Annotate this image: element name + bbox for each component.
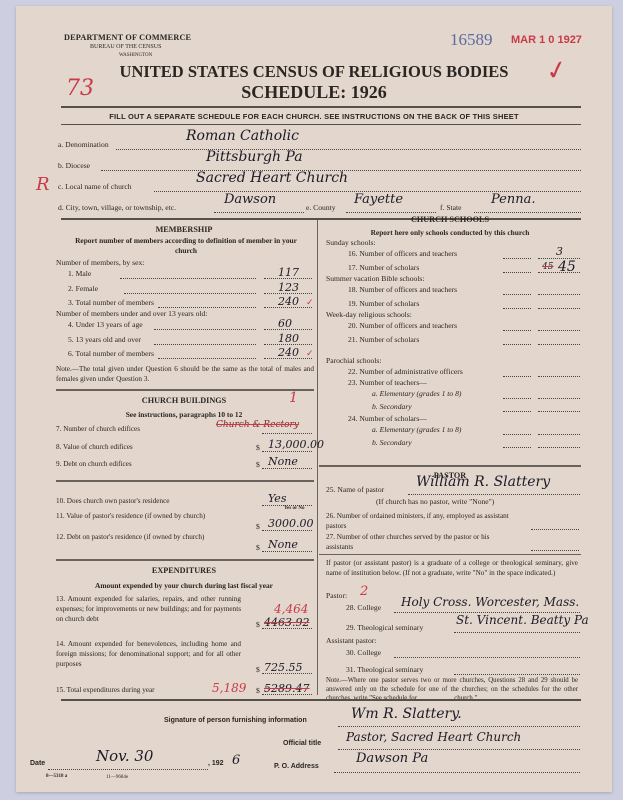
school-value-field[interactable]: 3 — [556, 245, 563, 258]
answer-line — [538, 344, 580, 345]
pastor-name-label: 25. Name of pastor — [326, 485, 384, 494]
answer-line — [538, 330, 580, 331]
pastor-subheading: Pastor: — [326, 591, 347, 600]
check-mark-icon: ✓ — [306, 348, 314, 359]
expenditure-item-label: 14. Amount expended for benevolences, in… — [56, 639, 241, 669]
membership-subtitle: Report number of members according to de… — [71, 236, 301, 256]
county-field[interactable]: Fayette — [354, 192, 403, 207]
form-title: UNITED STATES CENSUS OF RELIGIOUS BODIES — [16, 62, 612, 82]
divider — [61, 106, 581, 108]
city-field[interactable]: Dawson — [224, 192, 276, 207]
building-item-label: 9. Debt on church edifices — [56, 459, 246, 469]
membership-item-label: 5. 13 years old and over — [68, 335, 141, 344]
membership-value-field[interactable]: 240 — [278, 295, 299, 308]
expenditure-corrected-value[interactable]: 5,189 — [212, 681, 246, 695]
buildings-heading: CHURCH BUILDINGS — [56, 396, 312, 405]
leader-dots — [120, 278, 256, 279]
building-value-field[interactable]: None — [268, 538, 298, 551]
signature-label: Signature of person furnishing informati… — [164, 717, 307, 724]
expenditure-item-label: 15. Total expenditures during year — [56, 685, 196, 695]
bureau-city: WASHINGTON — [119, 53, 152, 58]
dollar-sign: $ — [256, 620, 260, 629]
expenditures-heading: EXPENDITURES — [56, 566, 312, 575]
diocese-label: b. Diocese — [58, 161, 90, 170]
by-sex-label: Number of members, by sex: — [56, 258, 144, 267]
pastor-mark: 2 — [360, 584, 368, 599]
state-label: f. State — [440, 203, 462, 212]
official-title-field[interactable]: Pastor, Sacred Heart Church — [346, 730, 521, 744]
answer-line — [538, 434, 580, 435]
year-field[interactable]: 6 — [232, 753, 240, 768]
q27-label: 27. Number of other churches served by t… — [326, 532, 516, 552]
pastor-name-hint: (If church has no pastor, write "None") — [376, 497, 494, 506]
asst-college-field[interactable] — [394, 657, 580, 658]
po-address-field[interactable]: Dawson Pa — [356, 751, 428, 766]
by-age-label: Number of members under and over 13 year… — [56, 309, 207, 318]
leader-dots — [158, 358, 256, 359]
answer-line — [262, 551, 312, 552]
school-item-label: 23. Number of teachers— — [348, 378, 427, 387]
received-stamp: MAR 1 0 1927 — [511, 34, 582, 46]
date-label: Date — [30, 760, 45, 767]
leader-dots — [158, 307, 256, 308]
divider — [61, 124, 581, 125]
official-title-label: Official title — [283, 740, 321, 747]
membership-value-field[interactable]: 180 — [278, 332, 299, 345]
leader-dots — [503, 398, 531, 399]
school-item-label: 17. Number of scholars — [348, 263, 419, 272]
dollar-sign: $ — [256, 443, 260, 452]
dollar-sign: $ — [256, 686, 260, 695]
leader-dots — [503, 434, 531, 435]
county-label: e. County — [306, 203, 336, 212]
leader-dots — [503, 376, 531, 377]
school-group-label: Parochial schools: — [326, 356, 381, 365]
schools-heading: CHURCH SCHOOLS — [322, 215, 578, 224]
form-number: 8—5318 a — [46, 774, 67, 779]
school-group-label: Summer vacation Bible schools: — [326, 274, 425, 283]
school-group-label: Week-day religious schools: — [326, 310, 412, 319]
seminary-field[interactable]: St. Vincent. Beatty Pa — [456, 613, 589, 627]
po-address-label: P. O. Address — [274, 763, 319, 770]
dollar-sign: $ — [256, 460, 260, 469]
local-name-field[interactable]: Sacred Heart Church — [196, 170, 348, 186]
school-item-label: 16. Number of officers and teachers — [348, 249, 457, 258]
leader-dots — [503, 411, 531, 412]
city-label: d. City, town, village, or township, etc… — [58, 203, 176, 212]
answer-line — [538, 376, 580, 377]
building-value-field[interactable]: 13,000.00 — [268, 438, 324, 451]
margin-number: 73 — [66, 76, 94, 101]
answer-line — [538, 411, 580, 412]
expenditure-original-value[interactable]: 725.55 — [264, 661, 303, 674]
school-item-label: a. Elementary (grades 1 to 8) — [372, 425, 461, 434]
leader-dots — [503, 330, 531, 331]
expenditure-original-value[interactable]: 5289.47 — [264, 682, 310, 695]
seminary-label: 29. Theological seminary — [346, 623, 423, 632]
leader-dots — [503, 272, 531, 273]
membership-item-label: 1. Male — [68, 269, 91, 278]
answer-line — [262, 451, 312, 452]
margin-mark: R — [36, 174, 50, 195]
answer-line — [262, 433, 312, 434]
census-schedule-form: DEPARTMENT OF COMMERCE BUREAU OF THE CEN… — [16, 6, 612, 792]
leader-dots — [503, 308, 531, 309]
membership-value-field[interactable]: 123 — [278, 281, 299, 294]
school-item-label: a. Elementary (grades 1 to 8) — [372, 389, 461, 398]
answer-line — [538, 398, 580, 399]
local-name-label: c. Local name of church — [58, 182, 132, 191]
pastor-name-field[interactable]: William R. Slattery — [416, 474, 550, 490]
leader-dots — [154, 344, 256, 345]
serial-number: 16589 — [450, 30, 493, 50]
denomination-label: a. Denomination — [58, 140, 109, 149]
school-struck-value: 45 — [542, 262, 553, 272]
building-item-label: 8. Value of church edifices — [56, 442, 246, 452]
instruction-banner: FILL OUT A SEPARATE SCHEDULE FOR EACH CH… — [16, 112, 612, 121]
membership-note: Note.—The total given under Question 6 s… — [56, 364, 314, 384]
leader-dots — [154, 329, 256, 330]
leader-dots — [124, 293, 256, 294]
diocese-field[interactable]: Pittsburgh Pa — [206, 149, 303, 165]
school-item-label: b. Secondary — [372, 438, 412, 447]
membership-value-field[interactable]: 117 — [278, 266, 299, 279]
q26-label: 26. Number of ordained ministers, if any… — [326, 511, 516, 531]
schools-subtitle: Report here only schools conducted by th… — [322, 228, 578, 237]
graduate-note: If pastor (or assistant pastor) is a gra… — [326, 558, 578, 578]
building-item-label: 10. Does church own pastor's residence — [56, 496, 246, 506]
buildings-subtitle: See instructions, paragraphs 10 to 12 — [56, 410, 312, 419]
state-field[interactable]: Penna. — [491, 192, 535, 207]
membership-item-label: 4. Under 13 years of age — [68, 320, 143, 329]
leader-dots — [503, 294, 531, 295]
denomination-field[interactable]: Roman Catholic — [186, 128, 299, 144]
school-item-label: 22. Number of administrative officers — [348, 367, 463, 376]
college-field[interactable]: Holy Cross. Worcester, Mass. — [401, 595, 579, 609]
school-item-label: 18. Number of officers and teachers — [348, 285, 457, 294]
asst-seminary-field[interactable] — [454, 674, 580, 675]
expenditure-corrected-value[interactable]: 4,464 — [274, 602, 308, 616]
membership-item-label: 6. Total number of members — [68, 349, 154, 358]
print-number: 11—9684e — [106, 775, 128, 780]
signature-field[interactable]: Wm R. Slattery. — [351, 706, 462, 722]
yes-no-hint: Yes or No — [284, 506, 304, 511]
leader-dots — [503, 258, 531, 259]
building-value-field[interactable]: Church & Rectory — [216, 420, 299, 430]
building-item-label: 11. Value of pastor's residence (if owne… — [56, 511, 246, 521]
expenditures-subtitle: Amount expended by your church during la… — [56, 581, 312, 590]
college-label: 28. College — [346, 603, 381, 612]
answer-line — [538, 447, 580, 448]
school-item-label: 21. Number of scholars — [348, 335, 419, 344]
dollar-sign: $ — [256, 543, 260, 552]
schedule-title: SCHEDULE: 1926 — [16, 82, 612, 103]
school-item-label: b. Secondary — [372, 402, 412, 411]
school-item-label: 19. Number of scholars — [348, 299, 419, 308]
membership-item-label: 2. Female — [68, 284, 98, 293]
column-divider — [317, 220, 318, 695]
date-field[interactable]: Nov. 30 — [96, 747, 153, 765]
membership-value-field[interactable]: 240 — [278, 346, 299, 359]
school-item-label: 24. Number of scholars— — [348, 414, 427, 423]
assistant-subheading: Assistant pastor: — [326, 636, 376, 645]
leader-dots — [503, 447, 531, 448]
school-group-label: Sunday schools: — [326, 238, 376, 247]
expenditure-item-label: 13. Amount expended for salaries, repair… — [56, 594, 241, 624]
membership-value-field[interactable]: 60 — [278, 317, 292, 330]
building-value-field[interactable]: Yes — [268, 492, 286, 505]
school-item-label: 20. Number of officers and teachers — [348, 321, 457, 330]
answer-line — [538, 308, 580, 309]
corrected-count: 1 — [289, 390, 298, 406]
building-value-field[interactable]: None — [268, 455, 298, 468]
dollar-sign: $ — [256, 522, 260, 531]
building-value-field[interactable]: 3000.00 — [268, 517, 314, 530]
asst-college-label: 30. College — [346, 648, 381, 657]
bureau-name: BUREAU OF THE CENSUS — [90, 44, 161, 50]
school-value-field[interactable]: 45 — [558, 259, 576, 275]
membership-heading: MEMBERSHIP — [56, 225, 312, 234]
department-name: DEPARTMENT OF COMMERCE — [64, 33, 191, 42]
asst-seminary-label: 31. Theological seminary — [346, 665, 423, 674]
year-prefix: , 192 — [208, 760, 224, 767]
answer-line — [262, 530, 312, 531]
membership-item-label: 3. Total number of members — [68, 298, 154, 307]
answer-line — [538, 294, 580, 295]
check-mark-icon: ✓ — [306, 297, 314, 308]
expenditure-original-value[interactable]: 4463.92 — [264, 616, 310, 629]
leader-dots — [503, 344, 531, 345]
answer-line — [262, 468, 312, 469]
building-item-label: 12. Debt on pastor's residence (if owned… — [56, 532, 246, 542]
dollar-sign: $ — [256, 665, 260, 674]
